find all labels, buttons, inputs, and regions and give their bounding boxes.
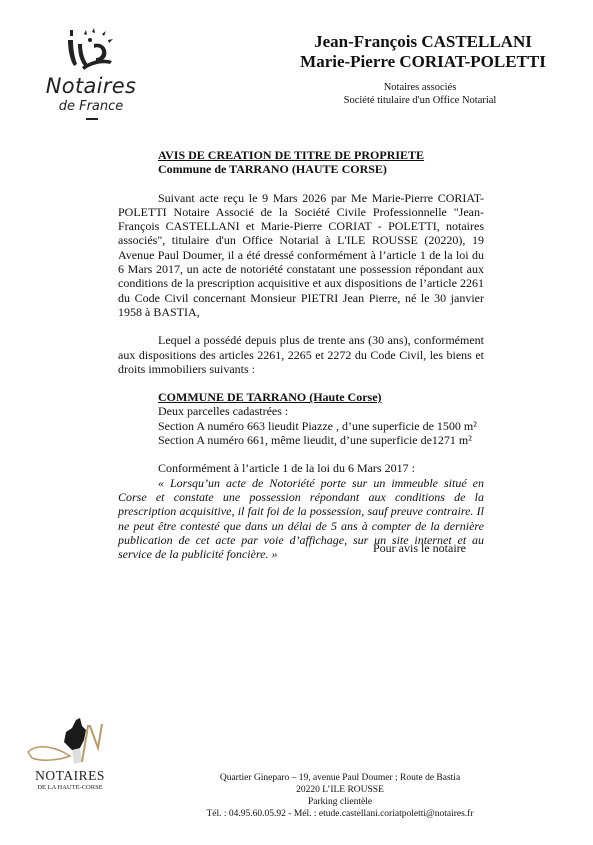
footer-address-2: 20220 L’ILE ROUSSE — [180, 784, 500, 796]
parcels-intro: Deux parcelles cadastrées : — [158, 404, 484, 418]
footer-contact: Tél. : 04.95.60.05.92 - Mél. : etude.cas… — [180, 808, 500, 820]
office-line-2: Société titulaire d'un Office Notarial — [280, 94, 560, 107]
notary-name-2: Marie-Pierre CORIAT-POLETTI — [268, 52, 578, 72]
office-footer: Quartier Gineparo – 19, avenue Paul Doum… — [180, 772, 500, 820]
logo-dash — [86, 118, 98, 120]
law-intro: Conformément à l’article 1 de la loi du … — [158, 461, 484, 475]
footer-address-1: Quartier Gineparo – 19, avenue Paul Doum… — [180, 772, 500, 784]
notice-subtitle: Commune de TARRANO (HAUTE CORSE) — [158, 162, 484, 176]
notice-title: AVIS DE CREATION DE TITRE DE PROPRIETE — [158, 148, 484, 162]
notice-body: AVIS DE CREATION DE TITRE DE PROPRIETE C… — [118, 148, 484, 561]
logo-word: Notaires — [36, 74, 146, 98]
commune-heading: COMMUNE DE TARRANO (Haute Corse) — [158, 390, 484, 404]
corsica-emblem-icon — [24, 718, 116, 768]
paragraph-possession: Lequel a possédé depuis plus de trente a… — [118, 333, 484, 376]
bottom-logo-word: NOTAIRES — [20, 768, 120, 784]
notary-names: Jean-François CASTELLANI Marie-Pierre CO… — [268, 32, 578, 72]
paragraph-deed: Suivant acte reçu le 9 Mars 2026 par Me … — [118, 191, 484, 320]
logo-subword: de France — [36, 99, 146, 114]
parcel-item: Section A numéro 663 lieudit Piazze , d’… — [158, 419, 484, 433]
parcel-item: Section A numéro 661, même lieudit, d’un… — [158, 433, 484, 447]
office-description: Notaires associés Société titulaire d'un… — [280, 81, 560, 107]
notary-name-1: Jean-François CASTELLANI — [268, 32, 578, 52]
office-line-1: Notaires associés — [280, 81, 560, 94]
notaires-de-france-logo: Notaires de France — [36, 22, 146, 122]
signature-line: Pour avis le notaire — [373, 541, 466, 556]
notaires-haute-corse-logo: NOTAIRES DE LA HAUTE-CORSE — [20, 718, 120, 793]
bottom-logo-subword: DE LA HAUTE-CORSE — [20, 784, 120, 791]
footer-parking: Parking clientèle — [180, 796, 500, 808]
parcels-block: COMMUNE DE TARRANO (Haute Corse) Deux pa… — [158, 390, 484, 475]
notaires-emblem-icon — [62, 26, 118, 78]
